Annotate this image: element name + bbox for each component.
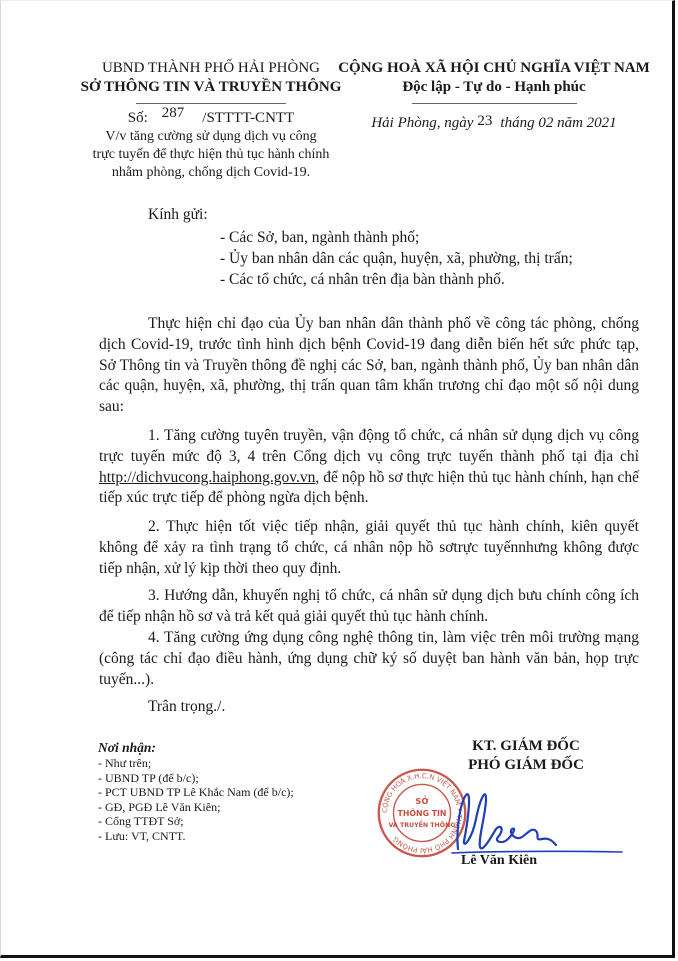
body-intro: Thực hiện chỉ đạo của Ủy ban nhân dân th… [99,314,639,418]
doc-number-line: Số:287/STTTT-CNTT [71,109,351,127]
public-service-portal-link[interactable]: http://dichvucong.haiphong.gov.vn [99,469,315,486]
body-item-4: 4. Tăng cường ứng dụng công nghệ thông t… [99,628,639,690]
signer-title-line1: KT. GIÁM ĐỐC [421,737,631,756]
distribution-item: - Lưu: VT, CNTT. [98,829,294,844]
distribution-item: - UBND TP (để b/c); [98,771,294,786]
svg-text:SỞ: SỞ [415,794,429,806]
body-item-3: 3. Hướng dẫn, khuyến nghị tổ chức, cá nh… [99,586,639,628]
doc-number: 287 [162,105,185,121]
recipients-list: - Các Sở, ban, ngành thành phố; - Ủy ban… [220,227,573,290]
agency-parent: UBND THÀNH PHỐ HẢI PHÒNG [71,59,351,78]
date-day: 23 [477,113,492,129]
recipient-item: - Các Sở, ban, ngành thành phố; [220,227,573,248]
national-motto: Độc lập - Tự do - Hạnh phúc [335,78,653,97]
date-suffix: tháng 02 năm 2021 [500,115,616,131]
national-header: CỘNG HOÀ XÃ HỘI CHỦ NGHĨA VIỆT NAM Độc l… [335,59,653,104]
issue-date: Hải Phòng, ngày23tháng 02 năm 2021 [335,115,653,132]
subject-line: nhằm phòng, chống dịch Covid-19. [71,164,351,182]
recipient-item: - Các tổ chức, cá nhân trên địa bàn thàn… [220,269,573,290]
closing-text: Trân trọng./. [99,697,639,718]
body-item-1: 1. Tăng cường tuyên truyền, vận động tổ … [99,426,639,509]
agency-underline [136,103,286,104]
doc-code: /STTTT-CNTT [202,110,294,126]
date-prefix: Hải Phòng, ngày [371,115,473,131]
subject-line: V/v tăng cường sử dụng dịch vụ công [71,128,351,146]
svg-text:THÔNG TIN: THÔNG TIN [398,807,447,818]
handwritten-signature-icon [446,781,626,856]
recipient-item: - Ủy ban nhân dân các quận, huyện, xã, p… [220,248,573,269]
document-page: UBND THÀNH PHỐ HẢI PHÒNG SỞ THÔNG TIN VÀ… [0,0,675,958]
distribution-item: - PCT UBND TP Lê Khắc Nam (để b/c); [98,785,294,800]
country-name: CỘNG HOÀ XÃ HỘI CHỦ NGHĨA VIỆT NAM [335,59,653,78]
distribution-item: - Cổng TTĐT Sở; [98,814,294,829]
distribution-list: Nơi nhận: - Như trên; - UBND TP (để b/c)… [98,739,294,843]
motto-underline [412,103,577,104]
subject-line: trực tuyến để thực hiện thủ tục hành chí… [71,146,351,164]
distribution-item: - GĐ, PGĐ Lê Văn Kiên; [98,800,294,815]
distribution-item: - Như trên; [98,756,294,771]
recipients-label: Kính gửi: [148,206,208,224]
doc-number-label: Số: [128,110,148,126]
doc-subject: V/v tăng cường sử dụng dịch vụ công trực… [71,128,351,182]
body-item-2: 2. Thực hiện tốt việc tiếp nhận, giải qu… [99,517,639,579]
signer-name: Lê Văn Kiên [461,853,537,869]
agency-header: UBND THÀNH PHỐ HẢI PHÒNG SỞ THÔNG TIN VÀ… [71,59,351,104]
agency-name: SỞ THÔNG TIN VÀ TRUYỀN THÔNG [71,78,351,97]
item1-text: 1. Tăng cường tuyên truyền, vận động tổ … [99,427,639,465]
distribution-title: Nơi nhận: [98,739,294,756]
